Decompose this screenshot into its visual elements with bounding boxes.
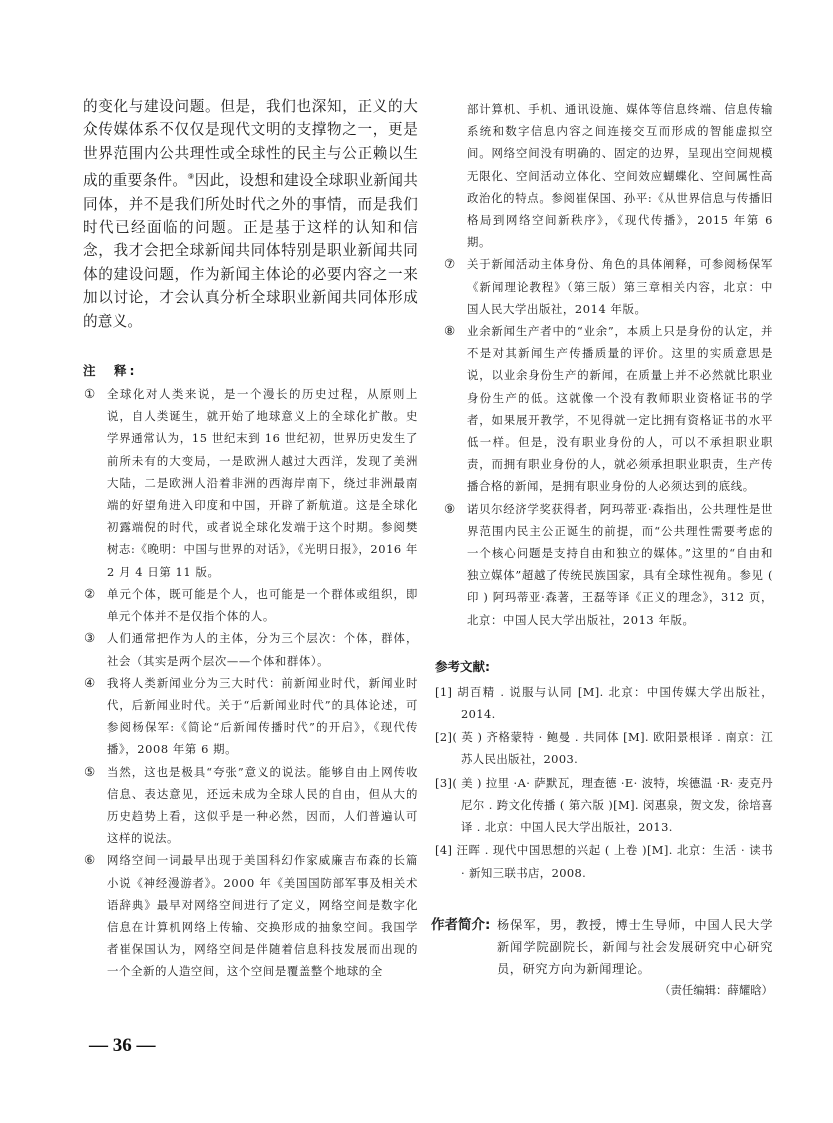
note-number: ② [84, 583, 96, 605]
right-column: 部计算机、手机、通讯设施、媒体等信息终端、信息传输系统和数字信息内容之间连接交互… [443, 98, 773, 998]
note-7: ⑦关于新闻活动主体身份、角色的具体阐释，可参阅杨保军《新闻理论教程》（第三版）第… [443, 253, 773, 320]
reference-4: [4] 汪晖 . 现代中国思想的兴起 ( 上卷 )[M]. 北京：生活 · 读书… [435, 839, 773, 883]
note-text: 全球化对人类来说，是一个漫长的历史过程，从原则上说，自人类诞生，就开始了地球意义… [107, 387, 418, 579]
reference-2: [2]( 英 ) 齐格蒙特 · 鲍曼 . 共同体 [M]. 欧阳景根译 . 南京… [435, 726, 773, 770]
note-2: ②单元个体，既可能是个人，也可能是一个群体或组织，即单元个体并不是仅指个体的人。 [83, 583, 418, 627]
responsible-editor: （责任编辑：薛耀晗） [443, 982, 773, 998]
note-text: 诺贝尔经济学奖获得者，阿玛蒂亚·森指出，公共理性是世界范围内民主公正诞生的前提，… [467, 502, 773, 627]
main-paragraph-text-cont: 因此，设想和建设全球职业新闻共同体，并不是我们所处时代之外的事情，而是我们时代已… [83, 172, 418, 329]
note-text: 当然，这也是极具“夸张”意义的说法。能够自由上网传收信息、表达意见，还远未成为全… [107, 765, 418, 846]
note-text: 业余新闻生产者中的“业余”，本质上只是身份的认定，并不是对其新闻生产传播质量的评… [467, 324, 773, 493]
footnote-marker: ⑨ [187, 172, 194, 181]
note-9: ⑨诺贝尔经济学奖获得者，阿玛蒂亚·森指出，公共理性是世界范围内民主公正诞生的前提… [443, 498, 773, 631]
note-number: ⑨ [444, 498, 456, 520]
author-bio: 作者简介: 杨保军，男，教授，博士生导师，中国人民大学新闻学院副院长，新闻与社会… [431, 914, 773, 980]
note-text: 网络空间一词最早出现于美国科幻作家威廉吉布森的长篇小说《神经漫游者》。2000 … [107, 853, 418, 978]
note-6: ⑥网络空间一词最早出现于美国科幻作家威廉吉布森的长篇小说《神经漫游者》。2000… [83, 849, 418, 982]
note-3: ③人们通常把作为人的主体，分为三个层次：个体，群体，社会（其实是两个层次——个体… [83, 627, 418, 671]
note-5: ⑤当然，这也是极具“夸张”意义的说法。能够自由上网传收信息、表达意见，还远未成为… [83, 761, 418, 850]
note-number: ⑧ [444, 320, 456, 342]
note-6-continued: 部计算机、手机、通讯设施、媒体等信息终端、信息传输系统和数字信息内容之间连接交互… [443, 98, 773, 253]
note-text: 人们通常把作为人的主体，分为三个层次：个体，群体，社会（其实是两个层次——个体和… [107, 631, 418, 667]
note-text: 部计算机、手机、通讯设施、媒体等信息终端、信息传输系统和数字信息内容之间连接交互… [467, 102, 773, 249]
author-bio-label: 作者简介: [431, 914, 490, 936]
note-4: ④我将人类新闻业分为三大时代：前新闻业时代，新闻业时代，后新闻业时代。关于“后新… [83, 672, 418, 761]
notes-heading: 注 释: [83, 361, 418, 379]
left-column: 的变化与建设问题。但是，我们也深知，正义的大众传媒体系不仅仅是现代文明的支撑物之… [83, 95, 418, 983]
main-paragraph: 的变化与建设问题。但是，我们也深知，正义的大众传媒体系不仅仅是现代文明的支撑物之… [83, 95, 418, 333]
note-number: ③ [84, 627, 96, 649]
note-1: ①全球化对人类来说，是一个漫长的历史过程，从原则上说，自人类诞生，就开始了地球意… [83, 383, 418, 583]
note-text: 单元个体，既可能是个人，也可能是一个群体或组织，即单元个体并不是仅指个体的人。 [107, 587, 418, 623]
note-number: ④ [84, 672, 96, 694]
references-heading: 参考文献: [435, 657, 773, 675]
note-text: 关于新闻活动主体身份、角色的具体阐释，可参阅杨保军《新闻理论教程》（第三版）第三… [467, 257, 773, 315]
note-number: ⑥ [84, 849, 96, 871]
note-text: 我将人类新闻业分为三大时代：前新闻业时代，新闻业时代，后新闻业时代。关于“后新闻… [107, 676, 418, 757]
note-number: ⑤ [84, 761, 96, 783]
reference-3: [3]( 美 ) 拉里 ·A· 萨默瓦，理查德 ·E· 波特，埃德温 ·R· 麦… [435, 772, 773, 839]
note-number: ⑦ [444, 253, 456, 275]
page-number: — 36 — [89, 1035, 156, 1057]
note-number: ① [84, 383, 96, 405]
reference-1: [1] 胡百精 . 说服与认同 [M]. 北京：中国传媒大学出版社，2014. [435, 681, 773, 725]
note-8: ⑧业余新闻生产者中的“业余”，本质上只是身份的认定，并不是对其新闻生产传播质量的… [443, 320, 773, 498]
